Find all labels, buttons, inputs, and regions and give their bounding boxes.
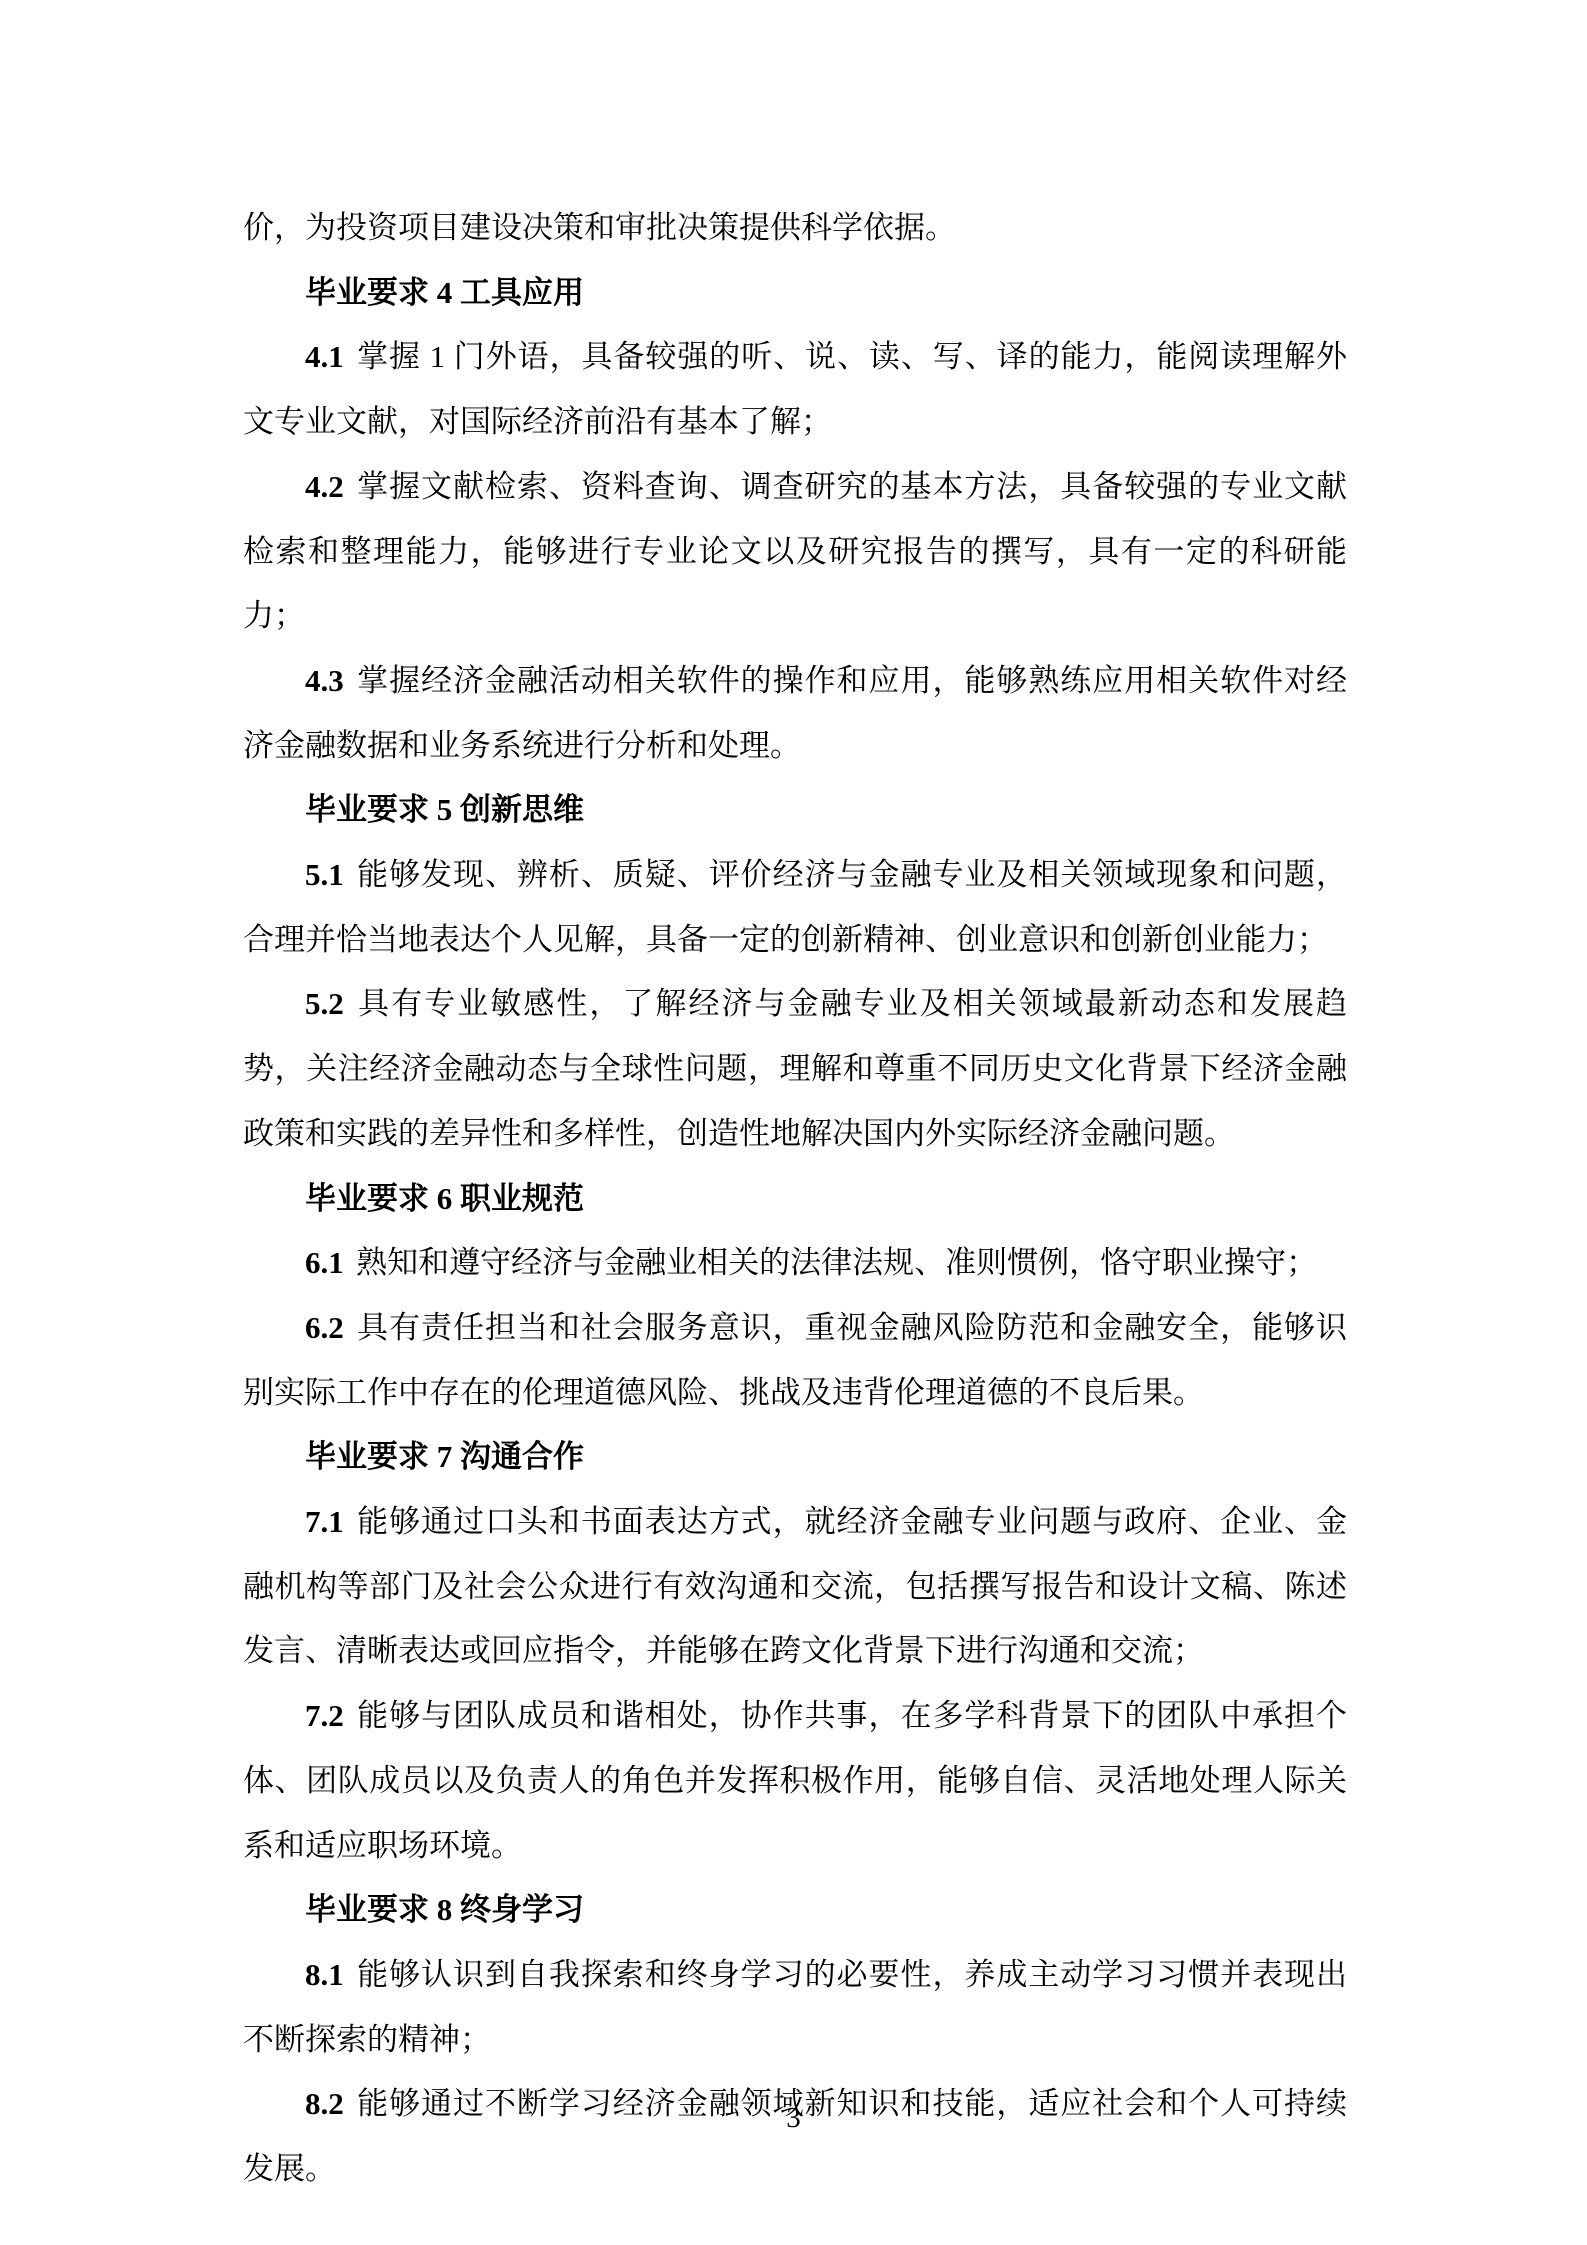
- requirement-item: 4.2掌握文献检索、资料查询、调查研究的基本方法，具备较强的专业文献检索和整理能…: [243, 455, 1347, 649]
- item-text: 能够与团队成员和谐相处，协作共事，在多学科背景下的团队中承担个体、团队成员以及负…: [243, 1698, 1347, 1862]
- item-text: 掌握经济金融活动相关软件的操作和应用，能够熟练应用相关软件对经济金融数据和业务系…: [243, 663, 1347, 763]
- requirement-item: 6.2具有责任担当和社会服务意识，重视金融风险防范和金融安全，能够识别实际工作中…: [243, 1296, 1347, 1425]
- section-heading-requirement-4: 毕业要求 4 工具应用: [243, 261, 1347, 326]
- paragraph-continuation: 价，为投资项目建设决策和审批决策提供科学依据。: [243, 196, 1347, 261]
- item-number: 5.1: [305, 857, 344, 892]
- item-text: 能够认识到自我探索和终身学习的必要性，养成主动学习习惯并表现出不断探索的精神；: [243, 1957, 1347, 2057]
- item-text: 掌握文献检索、资料查询、调查研究的基本方法，具备较强的专业文献检索和整理能力，能…: [243, 469, 1347, 633]
- document-body-text: 价，为投资项目建设决策和审批决策提供科学依据。 毕业要求 4 工具应用 4.1掌…: [243, 196, 1347, 2202]
- item-number: 6.1: [305, 1245, 344, 1280]
- item-number: 7.1: [305, 1504, 344, 1539]
- section-heading-requirement-7: 毕业要求 7 沟通合作: [243, 1425, 1347, 1490]
- document-page: { "document": { "background_color": "#ff…: [0, 0, 1587, 2245]
- item-number: 4.3: [305, 663, 344, 698]
- item-number: 4.2: [305, 469, 344, 504]
- requirement-item: 5.2具有专业敏感性，了解经济与金融专业及相关领域最新动态和发展趋势，关注经济金…: [243, 972, 1347, 1166]
- item-text: 熟知和遵守经济与金融业相关的法律法规、准则惯例，恪守职业操守；: [356, 1245, 1317, 1280]
- item-number: 4.1: [305, 339, 344, 374]
- page-background: 价，为投资项目建设决策和审批决策提供科学依据。 毕业要求 4 工具应用 4.1掌…: [0, 0, 1587, 2245]
- item-text: 具有责任担当和社会服务意识，重视金融风险防范和金融安全，能够识别实际工作中存在的…: [243, 1310, 1347, 1410]
- item-text: 能够通过口头和书面表达方式，就经济金融专业问题与政府、企业、金融机构等部门及社会…: [243, 1504, 1347, 1668]
- requirement-item: 4.1掌握 1 门外语，具备较强的听、说、读、写、译的能力，能阅读理解外文专业文…: [243, 325, 1347, 454]
- requirement-item: 5.1能够发现、辨析、质疑、评价经济与金融专业及相关领域现象和问题，合理并恰当地…: [243, 843, 1347, 972]
- requirement-item: 8.1能够认识到自我探索和终身学习的必要性，养成主动学习习惯并表现出不断探索的精…: [243, 1943, 1347, 2072]
- item-text: 掌握 1 门外语，具备较强的听、说、读、写、译的能力，能阅读理解外文专业文献，对…: [243, 339, 1347, 439]
- requirement-item: 7.1能够通过口头和书面表达方式，就经济金融专业问题与政府、企业、金融机构等部门…: [243, 1490, 1347, 1684]
- item-number: 6.2: [305, 1310, 344, 1345]
- item-text: 能够发现、辨析、质疑、评价经济与金融专业及相关领域现象和问题，合理并恰当地表达个…: [243, 857, 1347, 957]
- page-number: 3: [0, 2098, 1587, 2138]
- section-heading-requirement-5: 毕业要求 5 创新思维: [243, 778, 1347, 843]
- section-heading-requirement-6: 毕业要求 6 职业规范: [243, 1167, 1347, 1232]
- item-number: 7.2: [305, 1698, 344, 1733]
- requirement-item: 4.3掌握经济金融活动相关软件的操作和应用，能够熟练应用相关软件对经济金融数据和…: [243, 649, 1347, 778]
- item-text: 具有专业敏感性，了解经济与金融专业及相关领域最新动态和发展趋势，关注经济金融动态…: [243, 986, 1347, 1150]
- item-number: 5.2: [305, 986, 344, 1021]
- section-heading-requirement-8: 毕业要求 8 终身学习: [243, 1878, 1347, 1943]
- requirement-item: 6.1熟知和遵守经济与金融业相关的法律法规、准则惯例，恪守职业操守；: [243, 1231, 1347, 1296]
- item-number: 8.1: [305, 1957, 344, 1992]
- requirement-item: 7.2能够与团队成员和谐相处，协作共事，在多学科背景下的团队中承担个体、团队成员…: [243, 1684, 1347, 1878]
